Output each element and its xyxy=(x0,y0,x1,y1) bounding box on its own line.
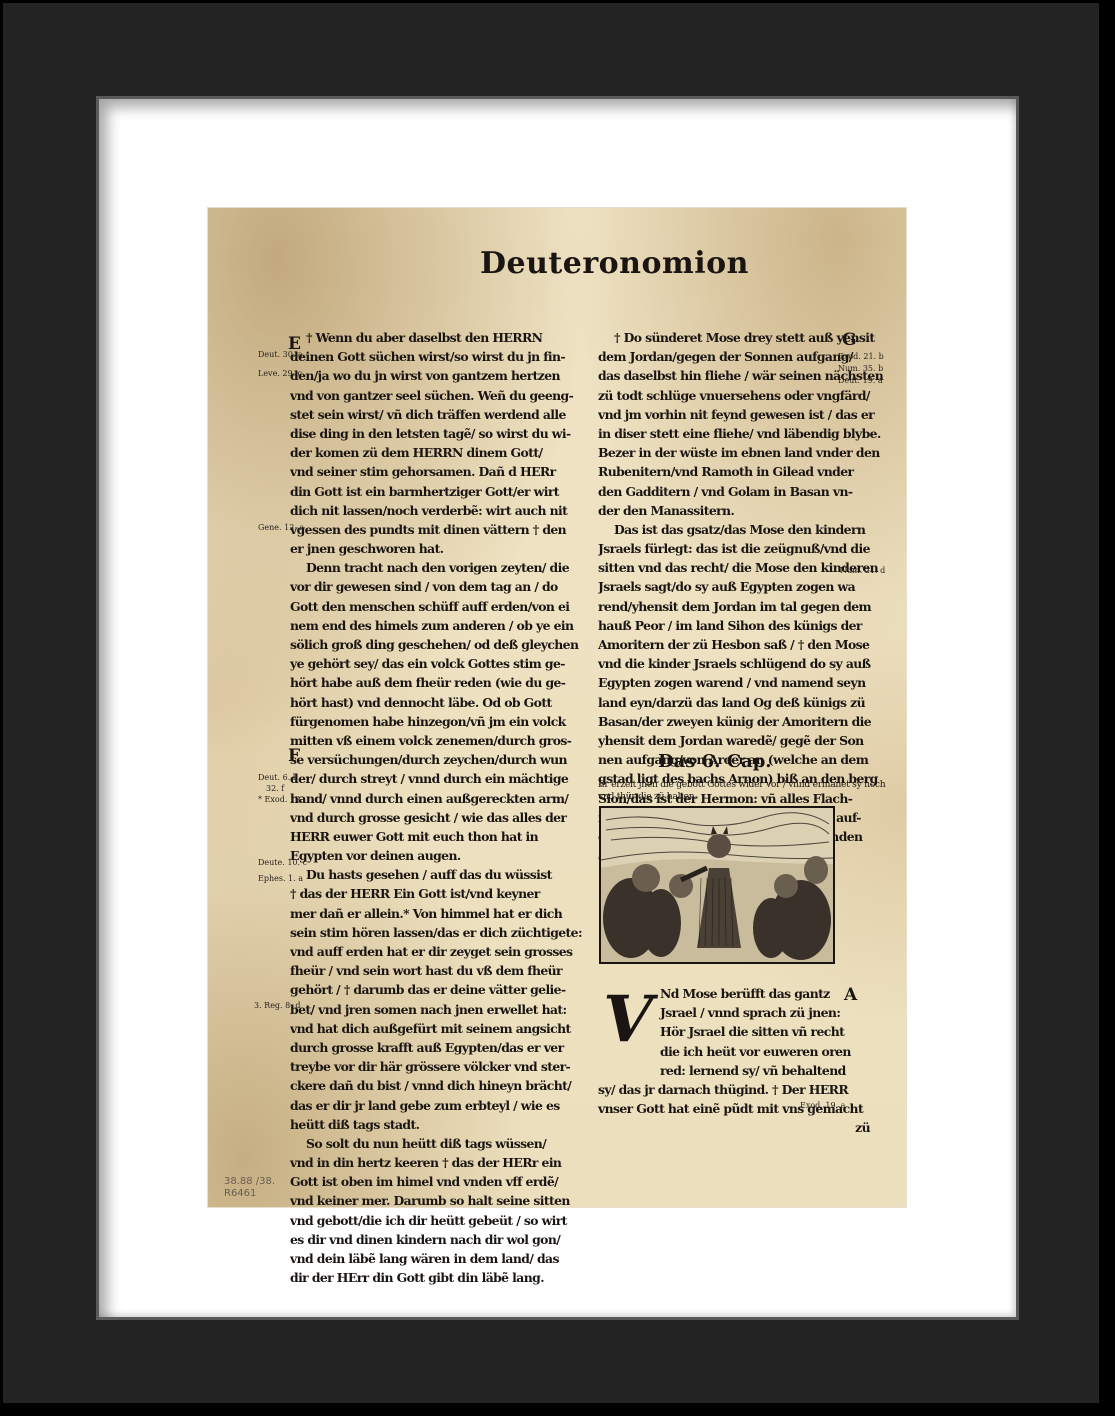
text-line: deinen Gott süchen wirst/so wirst du jn … xyxy=(290,347,584,366)
text-line: Das ist das gsatz/das Mose den kindern xyxy=(598,520,888,539)
text-line: fürgenomen habe hinzegon/vñ jm ein volck xyxy=(290,712,584,731)
text-line: den/ja wo du jn wirst von gantzem hertze… xyxy=(290,366,584,385)
text-line: der den Manassitern. xyxy=(598,501,888,520)
text-line: yhensit dem Jordan waredẽ/ gegẽ der Son xyxy=(598,731,888,750)
text-line: sölich groß ding geschehen/ od deß gleyc… xyxy=(290,635,584,654)
text-line: HERR euwer Gott mit euch thon hat in xyxy=(290,827,584,846)
chapter-heading: Das 6. Cap. xyxy=(658,751,818,772)
text-line: red: lernend sy/ vñ behaltend xyxy=(598,1061,888,1080)
text-line: ye gehört sey/ das ein volck Gottes stim… xyxy=(290,654,584,673)
pencil-annotation-line: 38.88 /38. xyxy=(224,1176,275,1188)
text-line: das er dir jr land gebe zum erbteyl / wi… xyxy=(290,1096,584,1115)
picture-frame: Deuteronomion E F Deut. 30. a Leve. 29. … xyxy=(0,0,1115,1416)
text-line: nem end des himels zum anderen / ob ye e… xyxy=(290,616,584,635)
text-line: ckere dañ du bist / vnnd dich hineyn brä… xyxy=(290,1076,584,1095)
text-line: Jsraels fürlegt: das ist die zeügnuß/vnd… xyxy=(598,539,888,558)
text-line: vnd in din hertz keeren † das der HERr e… xyxy=(290,1153,584,1172)
running-title: Deuteronomion xyxy=(480,246,700,281)
text-line: vnd keiner mer. Darumb so halt seine sit… xyxy=(290,1191,584,1210)
text-line: dir der HErr din Gott gibt din läbẽ lang… xyxy=(290,1268,584,1287)
chapter-summary: Er erzelt jnen die gebott Gottes wider v… xyxy=(598,779,888,803)
text-line: din Gott ist ein barmhertziger Gott/er w… xyxy=(290,482,584,501)
text-line: dise ding in den letsten tagẽ/ so wirst … xyxy=(290,424,584,443)
text-line: Amoritern der zü Hesbon saß / † den Mose xyxy=(598,635,888,654)
text-line: er jnen geschworen hat. xyxy=(290,539,584,558)
text-line: dem Jordan/gegen der Sonnen aufgang/ xyxy=(598,347,888,366)
text-line: Egypten zogen warend / vnd namend seyn xyxy=(598,673,888,692)
text-line: Jsrael / vnnd sprach zü jnen: xyxy=(598,1003,888,1022)
text-line: mer dañ er allein.* Von himmel hat er di… xyxy=(290,904,584,923)
text-line: dich nit lassen/noch verderbẽ: wirt auch… xyxy=(290,501,584,520)
text-line: se versüchungen/durch zeychen/durch wun xyxy=(290,750,584,769)
text-line: † Wenn du aber daselbst den HERRN xyxy=(290,328,584,347)
antique-page: Deuteronomion E F Deut. 30. a Leve. 29. … xyxy=(208,208,906,1207)
text-line: zü todt schlüge vnuersehens oder vngfärd… xyxy=(598,386,888,405)
text-line: hört hast) vnd dennocht läbe. Od ob Gott xyxy=(290,693,584,712)
margin-note: 32. f xyxy=(266,784,284,794)
text-line: Egypten vor deinen augen. xyxy=(290,846,584,865)
text-line: Jsraels sagt/do sy auß Egypten zogen wa xyxy=(598,577,888,596)
text-line: hauß Peor / im land Sihon des künigs der xyxy=(598,616,888,635)
pencil-annotation: 38.88 /38. R6461 xyxy=(224,1176,275,1200)
text-line: Rubenitern/vnd Ramoth in Gilead vnder xyxy=(598,462,888,481)
text-line: es dir vnd dinen kindern nach dir wol go… xyxy=(290,1230,584,1249)
moses-woodcut-image xyxy=(601,808,833,962)
text-line: † Do sünderet Mose drey stett auß yensit xyxy=(598,328,888,347)
text-line: vgessen des pundts mit dinen vättern † d… xyxy=(290,520,584,539)
text-line: sein stim hören lassen/das er dich zücht… xyxy=(290,923,584,942)
text-line: den Gadditern / vnd Golam in Basan vn- xyxy=(598,482,888,501)
text-line: durch grosse krafft auß Egypten/das er v… xyxy=(290,1038,584,1057)
chapter-text: Nd Mose berüfft das gantz Jsrael / vnnd … xyxy=(598,984,888,1138)
text-line: Du hasts gesehen / auff das du wüssist xyxy=(290,865,584,884)
text-line: Basan/der zweyen künig der Amoritern die xyxy=(598,712,888,731)
text-line: vnd die kinder Jsraels schlügend do sy a… xyxy=(598,654,888,673)
text-line: land eyn/darzü das land Og deß künigs zü xyxy=(598,693,888,712)
text-line: vnd seiner stim gehorsamen. Dañ d HERr xyxy=(290,462,584,481)
text-line: vnd dein läbẽ lang wären in dem land/ da… xyxy=(290,1249,584,1268)
text-line: vnd durch grosse gesicht / wie das alles… xyxy=(290,808,584,827)
text-line: vor dir gewesen sind / von dem tag an / … xyxy=(290,577,584,596)
text-line: Denn tracht nach den vorigen zeyten/ die xyxy=(290,558,584,577)
text-line: rend/yhensit dem Jordan im tal gegen dem xyxy=(598,597,888,616)
text-line: Hör Jsrael die sitten vñ recht xyxy=(598,1022,888,1041)
text-line: hand/ vnnd durch einen außgereckten arm/ xyxy=(290,789,584,808)
text-line: Gott den menschen schüff auff erden/von … xyxy=(290,597,584,616)
text-line: vnd auff erden hat er dir zeyget sein gr… xyxy=(290,942,584,961)
text-line: der komen zü dem HERRN dinem Gott/ xyxy=(290,443,584,462)
text-line: heütt diß tags stadt. xyxy=(290,1115,584,1134)
text-line: vnd von gantzer seel süchen. Weñ du geen… xyxy=(290,386,584,405)
woodcut-illustration xyxy=(599,806,835,964)
text-line: sy/ das jr darnach thügind. † Der HERR xyxy=(598,1080,888,1099)
text-line: treybe vor dir här grössere völcker vnd … xyxy=(290,1057,584,1076)
text-line: vnser Gott hat einẽ pũdt mit vns gemacht xyxy=(598,1099,888,1118)
text-line: Nd Mose berüfft das gantz xyxy=(598,984,888,1003)
text-line: Gott ist oben im himel vnd vnden vff erd… xyxy=(290,1172,584,1191)
text-line: in diser stett eine fliehe/ vnd läbendig… xyxy=(598,424,888,443)
pencil-annotation-line: R6461 xyxy=(224,1188,275,1200)
catchword: zü xyxy=(598,1118,888,1137)
text-line: gehört / † darumb das er deine vätter ge… xyxy=(290,980,584,999)
text-line: † das der HERR Ein Gott ist/vnd keyner xyxy=(290,884,584,903)
left-text-column: † Wenn du aber daselbst den HERRN deinen… xyxy=(290,328,584,1287)
text-line: bet/ vnd jren somen nach jnen erwellet h… xyxy=(290,1000,584,1019)
text-line: vnd hat dich außgefürt mit seinem angsic… xyxy=(290,1019,584,1038)
text-line: So solt du nun heütt diß tags wüssen/ xyxy=(290,1134,584,1153)
text-line: das daselbst hin fliehe / wär seinen näc… xyxy=(598,366,888,385)
text-line: Bezer in der wüste im ebnen land vnder d… xyxy=(598,443,888,462)
text-line: vnd gebott/die ich dir heütt gebeüt / so… xyxy=(290,1211,584,1230)
text-line: mitten vß einem volck zenemen/durch gros… xyxy=(290,731,584,750)
text-line: hört habe auß dem fheür reden (wie du ge… xyxy=(290,673,584,692)
text-line: die ich heüt vor euweren oren xyxy=(598,1042,888,1061)
text-line: stet sein wirst/ vñ dich träffen werdend… xyxy=(290,405,584,424)
text-line: vnd jm vorhin nit feynd gewesen ist / da… xyxy=(598,405,888,424)
text-line: sitten vnd das recht/ die Mose den kinde… xyxy=(598,558,888,577)
text-line: fheür / vnd sein wort hast du vß dem fhe… xyxy=(290,961,584,980)
text-line: der/ durch streyt / vnnd durch ein mächt… xyxy=(290,769,584,788)
